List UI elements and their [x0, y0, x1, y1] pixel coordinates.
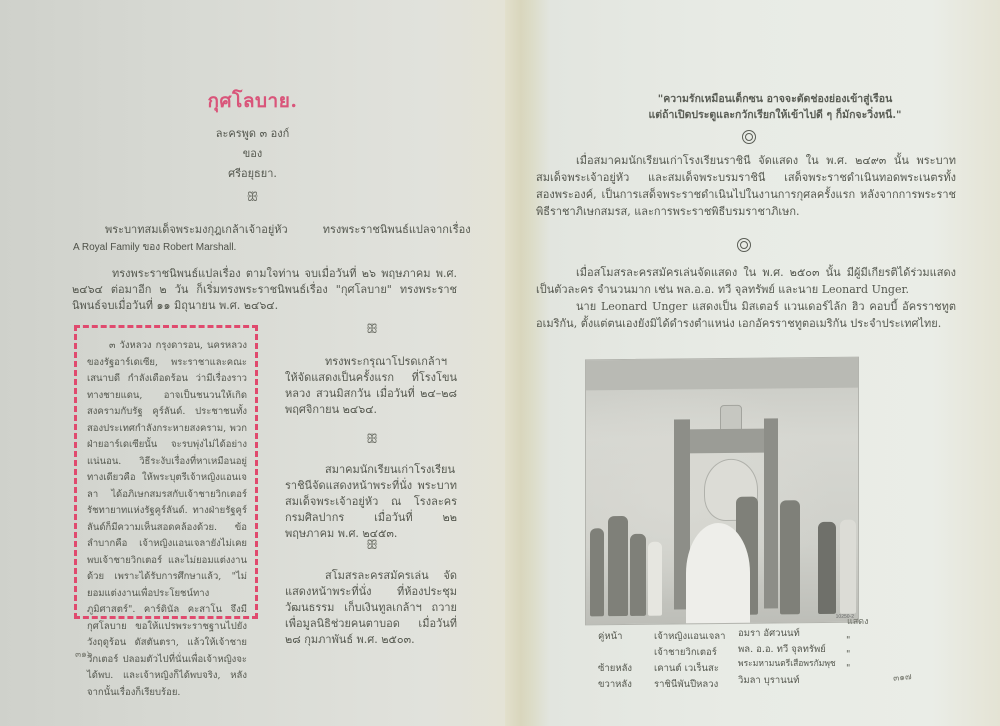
caption-actor: วิมลา บุรานนท์	[738, 674, 800, 687]
ditto-mark: "	[846, 634, 850, 647]
flower-ornament-icon: ꕥ	[0, 190, 505, 205]
caption-position: คู่หน้า	[598, 630, 622, 643]
author-pen-name: ศรีอยุธยา.	[0, 164, 505, 182]
play-genre: ละครพูด ๓ องก์	[0, 124, 505, 142]
synopsis-text: ๓ วังหลวง กรุงดารอน, นครหลวงของรัฐอาร์เด…	[87, 338, 247, 701]
play-title: กุศโลบาย.	[0, 86, 505, 116]
caption-role: เคานต์ เวเร็นสะ	[654, 662, 719, 675]
proscenium	[586, 358, 858, 391]
composition-paragraph: ทรงพระราชนิพนธ์แปลเรื่อง ตามใจท่าน จบเมื…	[72, 266, 457, 314]
photo-caption: คู่หน้า เจ้าหญิงแอนเจลา อมรา อัศวนนท์ เจ…	[598, 630, 858, 720]
ditto-mark: "	[846, 662, 850, 675]
subtitle-of: ของ	[0, 144, 505, 162]
caption-header: แสดง	[847, 614, 869, 628]
page-number-left: ๓๑๖	[75, 647, 93, 661]
caption-position: ซ้ายหลัง	[598, 662, 632, 675]
flower-ornament-icon: ꕥ	[282, 538, 462, 553]
cast-paragraph: เมื่อสโมสรละครสมัครเล่นจัดแสดง ใน พ.ศ. ๒…	[536, 264, 956, 298]
royal-attendance-paragraph: เมื่อสมาคมนักเรียนเก่าโรงเรียนราชินี จัด…	[536, 152, 956, 220]
first-performance-paragraph: ทรงพระกรุณาโปรดเกล้าฯ ให้จัดแสดงเป็นครั้…	[285, 354, 457, 418]
flower-ornament-icon: ꕥ	[282, 432, 462, 447]
caption-actor: พระมหามนตรีเสือพรกัมพุช	[738, 658, 836, 671]
intro-line-1: พระบาทสมเด็จพระมงกุฎเกล้าเจ้าอยู่หัว ทรง…	[105, 222, 471, 238]
circle-ornament-icon	[737, 238, 751, 252]
page-number-right: ๓๑๗	[892, 669, 912, 685]
alumni-performance-paragraph: สมาคมนักเรียนเก่าโรงเรียนราชินีจัดแสดงหน…	[285, 462, 457, 542]
actor-figure	[590, 528, 604, 616]
ditto-mark: "	[846, 648, 850, 661]
actor-figure	[780, 500, 800, 614]
quote-line-2: แต่ถ้าเปิดประตูและกวักเรียกให้เข้าไปดี ๆ…	[560, 106, 990, 124]
valance	[686, 428, 771, 453]
caption-role: เจ้าชายวิกเตอร์	[654, 646, 717, 659]
flower-ornament-icon: ꕥ	[282, 322, 462, 337]
unger-paragraph: นาย Leonard Unger แสดงเป็น มิสเตอร์ แวนเ…	[536, 298, 956, 332]
intro-line-2: A Royal Family ของ Robert Marshall.	[73, 240, 236, 255]
caption-position: ขวาหลัง	[598, 678, 632, 691]
caption-role: ราชินีพันปีหลวง	[654, 678, 718, 691]
actor-figure	[630, 534, 646, 616]
actor-figure	[818, 522, 836, 614]
curtain-right	[764, 418, 778, 608]
caption-actor: พล. อ.อ. ทวี จุลทรัพย์	[738, 643, 826, 656]
circle-ornament-icon	[742, 130, 756, 144]
amateur-club-paragraph: สโมสรละครสมัครเล่น จัดแสดงหน้าพระที่นั่ง…	[285, 568, 457, 648]
caption-actor: อมรา อัศวนนท์	[738, 627, 800, 640]
actor-figure	[648, 542, 662, 616]
stage-photo: 10250-2	[585, 357, 859, 626]
actor-figure	[840, 520, 856, 614]
synopsis-box: ๓ วังหลวง กรุงดารอน, นครหลวงของรัฐอาร์เด…	[74, 325, 258, 619]
book-gutter	[505, 0, 550, 726]
left-page: กุศโลบาย. ละครพูด ๓ องก์ ของ ศรีอยุธยา. …	[0, 0, 505, 726]
actor-figure	[608, 516, 628, 616]
caption-role: เจ้าหญิงแอนเจลา	[654, 630, 725, 643]
book-spread: กุศโลบาย. ละครพูด ๓ องก์ ของ ศรีอยุธยา. …	[0, 0, 1000, 726]
bridal-gown-figure	[686, 523, 750, 624]
